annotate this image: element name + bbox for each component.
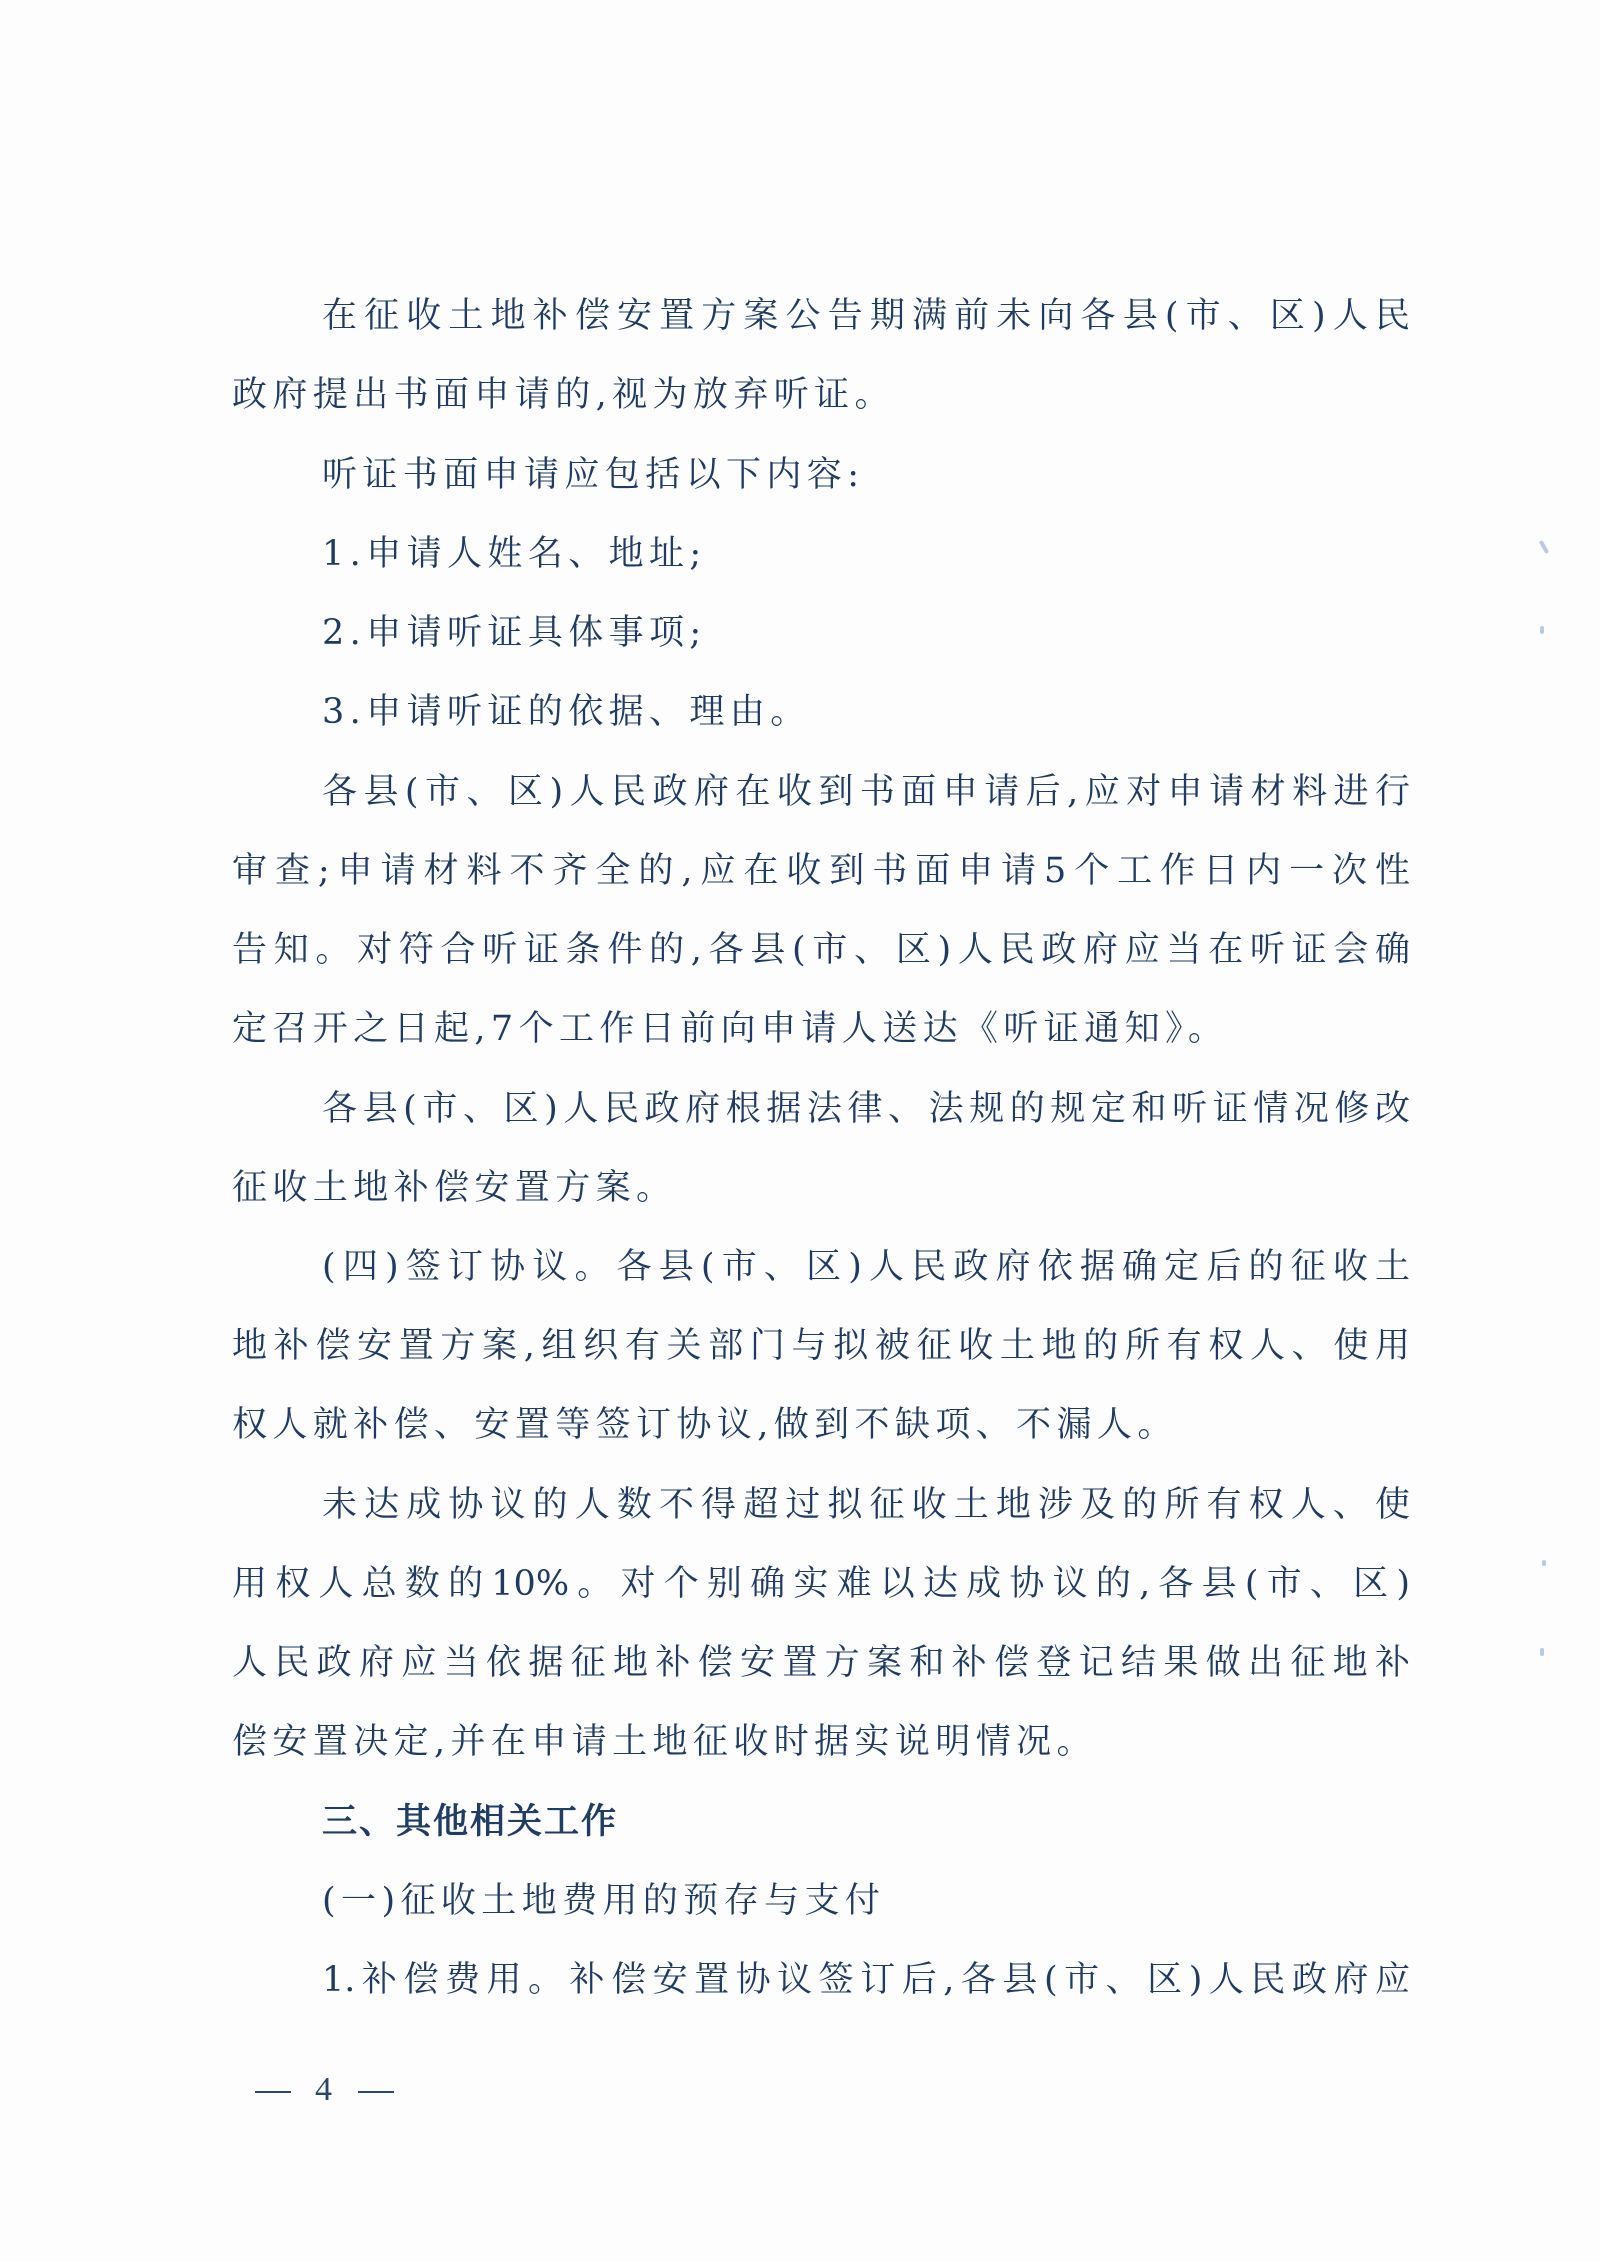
list-item: 3.申请听证的依据、理由。	[322, 687, 1410, 737]
paragraph-line: 用权人总数的10%。对个别确实难以达成协议的,各县(市、区)	[232, 1559, 1410, 1609]
page-number: 4	[255, 2070, 394, 2110]
paragraph-line: 人民政府应当依据征地补偿安置方案和补偿登记结果做出征地补	[232, 1638, 1410, 1688]
list-item: 1.申请人姓名、地址;	[322, 529, 1410, 579]
paragraph-line: 1.补偿费用。补偿安置协议签订后,各县(市、区)人民政府应	[322, 1955, 1410, 2005]
paragraph-line: 征收土地补偿安置方案。	[232, 1163, 1410, 1213]
paragraph-line: 在征收土地补偿安置方案公告期满前未向各县(市、区)人民	[322, 291, 1410, 341]
paragraph-line: (四)签订协议。各县(市、区)人民政府依据确定后的征收土	[322, 1242, 1410, 1292]
paragraph-line: 偿安置决定,并在申请土地征收时据实说明情况。	[232, 1717, 1410, 1767]
page-number-dash-right	[358, 2091, 394, 2093]
paragraph-line: 告知。对符合听证条件的,各县(市、区)人民政府应当在听证会确	[232, 925, 1410, 975]
scan-artifact-mark	[1539, 540, 1549, 554]
document-page: 在征收土地补偿安置方案公告期满前未向各县(市、区)人民 政府提出书面申请的,视为…	[0, 0, 1600, 2262]
paragraph-line: 权人就补偿、安置等签订协议,做到不缺项、不漏人。	[232, 1400, 1410, 1450]
subsection-heading: (一)征收土地费用的预存与支付	[322, 1876, 1410, 1926]
scan-artifact-mark	[1542, 1560, 1546, 1566]
paragraph-line: 政府提出书面申请的,视为放弃听证。	[232, 370, 1410, 420]
paragraph-line: 审查;申请材料不齐全的,应在收到书面申请5个工作日内一次性	[232, 846, 1410, 896]
list-item: 2.申请听证具体事项;	[322, 608, 1410, 658]
scan-artifact-mark	[1540, 626, 1544, 634]
paragraph-line: 定召开之日起,7个工作日前向申请人送达《听证通知》。	[232, 1004, 1410, 1054]
paragraph-line: 未达成协议的人数不得超过拟征收土地涉及的所有权人、使	[322, 1480, 1410, 1530]
page-number-dash-left	[255, 2091, 291, 2093]
scan-artifact-mark	[1540, 1648, 1544, 1656]
page-number-value: 4	[315, 2070, 334, 2110]
paragraph-line: 各县(市、区)人民政府在收到书面申请后,应对申请材料进行	[322, 767, 1410, 817]
paragraph-line: 各县(市、区)人民政府根据法律、法规的规定和听证情况修改	[322, 1084, 1410, 1134]
section-heading: 三、其他相关工作	[322, 1797, 1410, 1847]
paragraph-line: 听证书面申请应包括以下内容:	[322, 450, 1410, 500]
paragraph-line: 地补偿安置方案,组织有关部门与拟被征收土地的所有权人、使用	[232, 1321, 1410, 1371]
